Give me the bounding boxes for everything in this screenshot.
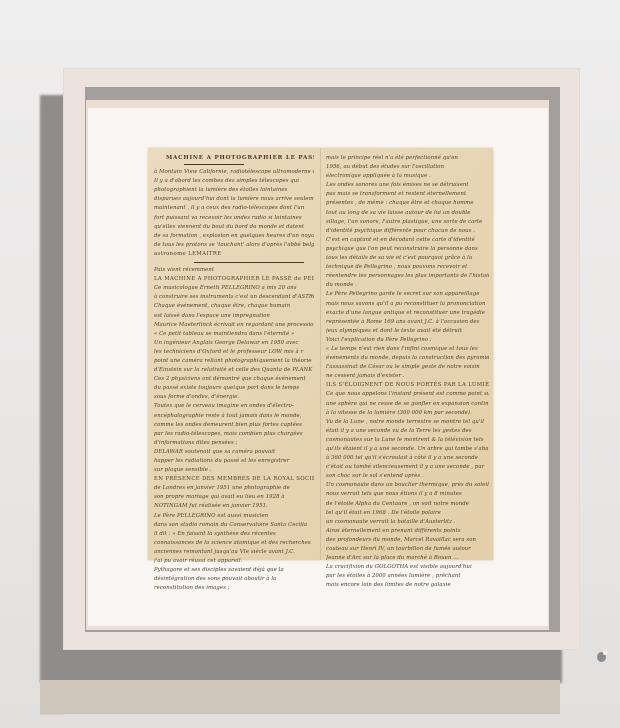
manuscript-line: Voici l'explication du Père Pellegrino : — [326, 336, 489, 345]
manuscript-line: technique de Pellegrino , nous pouvons r… — [326, 263, 489, 272]
manuscript-line: Pythagore et ses disciples savaient déjà… — [154, 566, 314, 575]
manuscript-line: l'assassinat de César ou le simple geste… — [326, 363, 489, 372]
paper-fold — [320, 148, 321, 560]
manuscript-line: comme les ondes demeurent bien plus fort… — [154, 421, 314, 430]
manuscript-line: pas mais se transforment et restent éter… — [326, 190, 489, 199]
manuscript-line: sous forme d'ondes, d'énergie. — [154, 393, 314, 402]
manuscript-line: d'identité psychique différente pour cha… — [326, 227, 489, 236]
manuscript-title: MACHINE A PHOTOGRAPHIER LE PASSÉ — [166, 154, 314, 163]
manuscript-line: à Montain View Californie, radiotélescop… — [154, 168, 314, 177]
manuscript-line: Un cosmonaute dans un bouclier thermique… — [326, 481, 489, 490]
manuscript-line: mais le principe réel n'a été perfection… — [326, 154, 489, 163]
manuscript-line: sur plaque sensible . — [154, 466, 314, 475]
manuscript-line: des profondeurs du monde, Marcel Ravaill… — [326, 536, 489, 545]
manuscript-line: qu'elles viennent du bout du bord du mon… — [154, 223, 314, 232]
manuscript-line: encéphalographie reste à tout jamais dan… — [154, 412, 314, 421]
manuscript-line: mais nous savons qu'il a pu reconstituer… — [326, 300, 489, 309]
manuscript-line: dans son studio romain du Conservatoire … — [154, 521, 314, 530]
manuscript-line: de sa formation , explosion en quelques … — [154, 232, 314, 241]
title-underline — [184, 164, 244, 165]
manuscript-line: NOTINGAM fut réalisée en janvier 1951. — [154, 502, 314, 511]
manuscript-line: photographient la lumière des étoiles lo… — [154, 186, 314, 195]
manuscript-line: exacte d'une langue antique et reconstit… — [326, 309, 489, 318]
manuscript-line: C'est en captant et en décodant cette ca… — [326, 236, 489, 245]
manuscript-line: Maurice Maeterlinck écrivait en regardan… — [154, 321, 314, 330]
section-divider — [194, 262, 304, 263]
manuscript-line: électronique appliquée à la musique . — [326, 172, 489, 181]
manuscript-line: Il y a d'abord les combes des simples té… — [154, 177, 314, 186]
manuscript-line: j'ai pu avoir réussi cet appareil. — [154, 557, 314, 566]
manuscript-line: disparues aujourd'hui dont la lumière no… — [154, 195, 314, 204]
manuscript-line: La crucifixion du GOLGOTHA est visible a… — [326, 563, 489, 572]
manuscript-line: une sphère qui ne cesse de se gonfler en… — [326, 400, 489, 409]
manuscript-line: Ainsi éternellement en prenant différent… — [326, 527, 489, 536]
manuscript-line: Le Père PELLEGRINO est aussi musicien — [154, 512, 314, 521]
manuscript-line: événements du monde, depuis la construct… — [326, 354, 489, 363]
manuscript-line: maintenant , il y a ceux des radio-téles… — [154, 204, 314, 213]
manuscript-line: du monde . — [326, 281, 489, 290]
manuscript-line: connaissances de la science atomique et … — [154, 539, 314, 548]
manuscript-line: « Le temps n'est rien dans l'infini cosm… — [326, 345, 489, 354]
manuscript-line: était il y a une seconde vu de la Terre … — [326, 427, 489, 436]
manuscript-line: qu'ils étaient il y a une seconde. Un ar… — [326, 445, 489, 454]
manuscript-line: jeux olympiques et dont le texte avait é… — [326, 327, 489, 336]
manuscript-line: astronome LEMAITRE — [154, 250, 314, 259]
manuscript-line: happer les radiations du passé et les en… — [154, 457, 314, 466]
manuscript-line: présentes , de même : chaque être et cha… — [326, 199, 489, 208]
manuscript-line: ILS S'ÉLOIGNENT DE NOUS PORTÉS PAR LA LU… — [326, 381, 489, 390]
manuscript-line: c'était ou tombé silencieusement il y a … — [326, 463, 489, 472]
manuscript-line: Les ondes sonores une fois émises ne se … — [326, 181, 489, 190]
manuscript-line: désintégration des sons pouvait aboutir … — [154, 575, 314, 584]
manuscript-line: par les radio-télescopes, mais combien p… — [154, 430, 314, 439]
manuscript-line: couteau sur Henri IV, un tourbillon de f… — [326, 545, 489, 554]
manuscript-line: il dit : « En faisant la synthèse des ré… — [154, 530, 314, 539]
manuscript-line: son choc sur le sol s'entend après . — [326, 472, 489, 481]
manuscript-line: Ce musicologue Ernetti PELLEGRINO a mis … — [154, 284, 314, 293]
manuscript-line: DELAWAR soutenait que sa caméra pouvait — [154, 448, 314, 457]
manuscript-line: sillage, l'un sonore, l'autre plastique,… — [326, 218, 489, 227]
manuscript-line: Vu de la Lune , notre monde terrestre se… — [326, 418, 489, 427]
manuscript-line: Le Père Pellegrino garde le secret sur s… — [326, 290, 489, 299]
manuscript-line: reconstitution des images ; — [154, 584, 314, 593]
manuscript-line: les techniciens d'Oxford et le professeu… — [154, 348, 314, 357]
manuscript-line: Ce que nous appelons l'instant présent e… — [326, 390, 489, 399]
frame-shadow-bottom — [40, 680, 560, 714]
manuscript-line: tout au long de sa vie laisse autour de … — [326, 209, 489, 218]
manuscript-line: à construire ses instruments c'est un de… — [154, 293, 314, 302]
manuscript-line: nous verrait tels que nous étions il y a… — [326, 490, 489, 499]
manuscript-sheet: MACHINE A PHOTOGRAPHIER LE PASSÉ à Monta… — [148, 148, 493, 560]
manuscript-line: point une caméra reliant photographiquem… — [154, 357, 314, 366]
manuscript-line: réentendre les personnages les plus impo… — [326, 272, 489, 281]
manuscript-line: Chaque événement, chaque être, chaque hu… — [154, 302, 314, 311]
manuscript-line: un cosmonaute verrait la bataille d'Aust… — [326, 518, 489, 527]
manuscript-line: mais encore loin des limites de notre ga… — [326, 581, 489, 590]
manuscript-line: fort puissant va recevoir les ondes radi… — [154, 214, 314, 223]
manuscript-line: de tous les protons se 'touchant' alors … — [154, 241, 314, 250]
manuscript-line: Pais vient récemment — [154, 266, 314, 275]
manuscript-line: ne cessent jamais d'exister . — [326, 372, 489, 381]
manuscript-line: Ces 2 physiciens ont démontré que chaque… — [154, 375, 314, 384]
manuscript-line: psychique que l'on peut reconstruire la … — [326, 245, 489, 254]
manuscript-line: représentée à Rome 169 ans avant J.C. à … — [326, 318, 489, 327]
manuscript-line: tous les détails de sa vie et c'est pour… — [326, 254, 489, 263]
manuscript-line: à la vitesse de la lumière (300 000 km p… — [326, 409, 489, 418]
manuscript-line: est laissé dans l'espace une impregnatio… — [154, 312, 314, 321]
manuscript-line: 1956, au début des études sur l'oscillat… — [326, 163, 489, 172]
manuscript-line: de Londres en janvier 1951 une photograp… — [154, 484, 314, 493]
manuscript-line: tel qu'il était en 1968 . De l'étoile po… — [326, 509, 489, 518]
wall-peg-highlight — [603, 651, 607, 655]
manuscript-line: cosmonautes sur la Lune le montrent & la… — [326, 436, 489, 445]
manuscript-line: d'informations dites pensées ; — [154, 439, 314, 448]
manuscript-right-column: mais le principe réel n'a été perfection… — [326, 154, 489, 591]
manuscript-line: Toutes que le cerveau imagine en ondes d… — [154, 402, 314, 411]
manuscript-left-column: MACHINE A PHOTOGRAPHIER LE PASSÉ à Monta… — [154, 154, 314, 593]
manuscript-line: LA MACHINE A PHOTOGRAPHIER LE PASSÉ de P… — [154, 275, 314, 284]
manuscript-line: « Ce petit tableau se maintiendra dans l… — [154, 330, 314, 339]
manuscript-line: de l'étoile Alpha du Centaure , on voit … — [326, 500, 489, 509]
manuscript-line: son propre mariage qui avait eu lieu en … — [154, 493, 314, 502]
manuscript-line: Jeanne d'Arc sur la place du marché à Ro… — [326, 554, 489, 563]
manuscript-line: par les étoiles à 2000 années lumière , … — [326, 572, 489, 581]
manuscript-line: EN PRÉSENCE DES MEMBRES DE LA ROYAL SOCI… — [154, 475, 314, 484]
manuscript-line: d'Einstein sur la relativité et celle de… — [154, 366, 314, 375]
manuscript-line: Un ingénieur Anglais George Delawar en 1… — [154, 339, 314, 348]
manuscript-line: anciennes remontant jusqu'au VIe siècle … — [154, 548, 314, 557]
manuscript-line: à 360 000 tel qu'il s'écroulait à côté i… — [326, 454, 489, 463]
manuscript-line: du passé existe toujours quelque part da… — [154, 384, 314, 393]
